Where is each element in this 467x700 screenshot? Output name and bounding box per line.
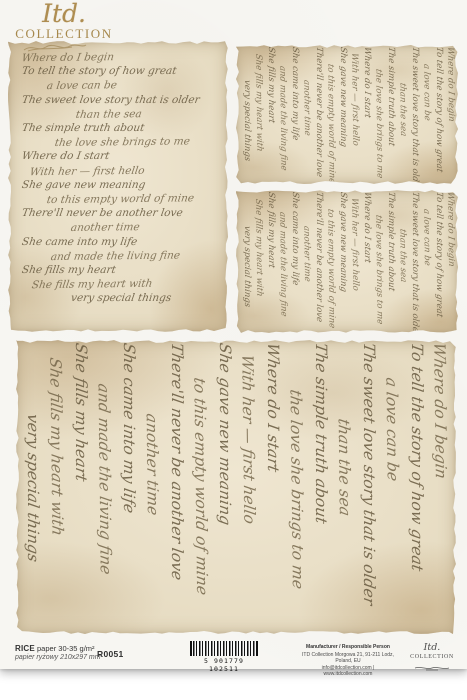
lyrics-line: She gave new meaning xyxy=(337,46,349,184)
lyrics-line: The sweet love story that is older xyxy=(21,93,228,107)
lyrics-line: She fills my heart xyxy=(265,46,277,184)
lyrics-line: She gave new meaning xyxy=(337,191,349,333)
lyrics-line: There'll never be another love xyxy=(313,191,325,333)
lyrics-line: and made the living fine xyxy=(50,248,228,264)
lyrics-line: With her — first hello xyxy=(29,162,228,179)
lyrics-line: very special things xyxy=(241,225,253,333)
lyrics-line: To tell the story of how great xyxy=(405,341,429,634)
handwriting-lyrics-rotated: Where do I beginTo tell the story of how… xyxy=(236,192,458,334)
lyrics-line: She gave new meaning xyxy=(21,178,228,192)
product-spec-block: RICE paper 30-35 g/m² papier ryżowy 210x… xyxy=(15,644,101,661)
paper-piece-top-right-lower: Where do I beginTo tell the story of how… xyxy=(236,190,458,333)
lyrics-line: the love she brings to me xyxy=(372,213,385,333)
brand-script-text: Itd. xyxy=(404,643,460,653)
lyrics-line: The simple truth about xyxy=(385,46,397,184)
lyrics-line: With her — first hello xyxy=(235,353,262,634)
lyrics-line: to this empty world of mine xyxy=(324,62,337,184)
lyrics-line: The sweet love story that is older xyxy=(357,341,381,634)
product-spec-label: paper 30-35 g/m² xyxy=(35,644,95,653)
lyrics-line: There'll never be another love xyxy=(21,206,228,220)
lyrics-line: Where do I start xyxy=(21,149,228,163)
manufacturer-block: Manufacturer / Responsible Person ITD Co… xyxy=(297,644,399,677)
paper-piece-bottom: Where do I beginTo tell the story of how… xyxy=(16,340,456,634)
lyrics-line: She fills my heart with xyxy=(252,52,266,184)
lyrics-line: The simple truth about xyxy=(21,121,228,135)
lyrics-line: very special things xyxy=(241,79,253,184)
product-spec-pl-label: papier ryżowy 210x297 mm xyxy=(15,654,101,661)
lyrics-line: Where do I start xyxy=(361,46,373,184)
lyrics-line: than the sea xyxy=(74,106,228,122)
lyrics-line: to this empty world of mine xyxy=(324,208,338,333)
paper-piece-top-right-upper: Where do I beginTo tell the story of how… xyxy=(236,45,458,184)
lyrics-line: another time xyxy=(140,412,167,634)
handwriting-lyrics-rotated: Where do I beginTo tell the story of how… xyxy=(236,47,458,185)
lyrics-line: a love can be xyxy=(420,208,434,333)
product-spec-en: RICE paper 30-35 g/m² xyxy=(15,644,101,653)
lyrics-line: and made the living fine xyxy=(276,211,290,333)
brand-logo-top: Itd. COLLECTION xyxy=(8,1,120,40)
lyrics-line: and made the living fine xyxy=(276,65,289,184)
manufacturer-address: ITD Collection Morgowa 21, 91-211 Lodz, … xyxy=(297,652,399,664)
lyrics-line: The sweet love story that is older xyxy=(409,191,421,333)
lyrics-line: another time xyxy=(300,225,313,333)
paper-piece-top-left: Where do I beginTo tell the story of how… xyxy=(8,41,228,332)
lyrics-line: There'll never be another love xyxy=(313,46,325,184)
lyrics-line: She fills my heart xyxy=(21,263,228,277)
lyrics-line: She came into my life xyxy=(117,341,141,634)
brand-caps-text: COLLECTION xyxy=(404,654,460,660)
lyrics-line: the love she brings to me xyxy=(372,68,385,184)
lyrics-line: another time xyxy=(300,79,313,184)
lyrics-line: to this empty world of mine xyxy=(46,191,228,207)
brand-caps-text: COLLECTION xyxy=(8,27,120,40)
lyrics-line: a love can be xyxy=(420,62,433,184)
lyrics-line: the love she brings to me xyxy=(283,388,310,634)
product-info-bar: RICE paper 30-35 g/m² papier ryżowy 210x… xyxy=(0,638,467,669)
lyrics-line: To tell the story of how great xyxy=(433,46,445,184)
lyrics-line: The simple truth about xyxy=(385,191,397,333)
lyrics-line: She came into my life xyxy=(289,46,301,184)
brand-logo-bottom: Itd. COLLECTION xyxy=(404,643,460,676)
lyrics-line: very special things xyxy=(70,291,228,305)
manufacturer-title: Manufacturer / Responsible Person xyxy=(297,644,399,650)
lyrics-line: a love can be xyxy=(379,376,406,634)
barcode: 5 901779 102511 xyxy=(190,641,258,673)
lyrics-line: She fills my heart xyxy=(265,191,277,333)
lyrics-line: She came into my life xyxy=(289,191,301,333)
lyrics-line: and made the living fine xyxy=(91,382,118,634)
lyrics-line: Where do I start xyxy=(261,341,285,634)
lyrics-line: very special things xyxy=(21,412,45,634)
handwriting-lyrics: Where do I beginTo tell the story of how… xyxy=(8,41,228,306)
lyrics-line: She came into my life xyxy=(21,235,228,249)
lyrics-line: To tell the story of how great xyxy=(21,64,228,78)
lyrics-line: than the sea xyxy=(396,228,409,333)
lyrics-line: Where do I start xyxy=(361,191,373,333)
lyrics-line: She fills my heart xyxy=(69,341,93,634)
lyrics-line: She fills my heart with xyxy=(43,356,70,634)
lyrics-line: Where do I begin xyxy=(444,190,458,333)
lyrics-line: With her — first hello xyxy=(348,196,362,333)
lyrics-line: With her — first hello xyxy=(348,51,362,184)
handwriting-lyrics-rotated-large: Where do I beginTo tell the story of how… xyxy=(16,343,456,634)
product-code: R0051 xyxy=(97,649,124,659)
lyrics-line: The simple truth about xyxy=(309,341,333,634)
brand-flourish-icon xyxy=(414,665,450,672)
lyrics-line: another time xyxy=(70,219,228,235)
lyrics-line: than the sea xyxy=(332,417,359,634)
rice-paper-sheet: Itd. COLLECTION Where do I beginTo tell … xyxy=(0,0,467,669)
lyrics-line: than the sea xyxy=(396,82,409,184)
barcode-digits: 5 901779 102511 xyxy=(190,657,258,673)
lyrics-line: Where do I begin xyxy=(444,45,458,184)
product-scan-page: { "brand": { "script": "Itd.", "caps": "… xyxy=(0,0,467,700)
lyrics-line: She fills my heart with xyxy=(252,198,266,333)
brand-script-text: Itd. xyxy=(8,1,120,26)
manufacturer-contact: info@itdcollection.com | www.itdcollecti… xyxy=(297,665,399,677)
lyrics-line: There'll never be another love xyxy=(165,341,189,634)
barcode-stripes-icon xyxy=(190,641,258,656)
lyrics-line: The sweet love story that is older xyxy=(409,46,421,184)
lyrics-line: Where do I begin xyxy=(427,341,455,634)
product-type-label: RICE xyxy=(15,644,35,653)
lyrics-line: to this empty world of mine xyxy=(187,376,214,634)
lyrics-line: a love can be xyxy=(46,77,228,93)
lyrics-line: She gave new meaning xyxy=(213,341,237,634)
lyrics-line: To tell the story of how great xyxy=(433,191,445,333)
ink-flourish-icon xyxy=(22,42,88,54)
